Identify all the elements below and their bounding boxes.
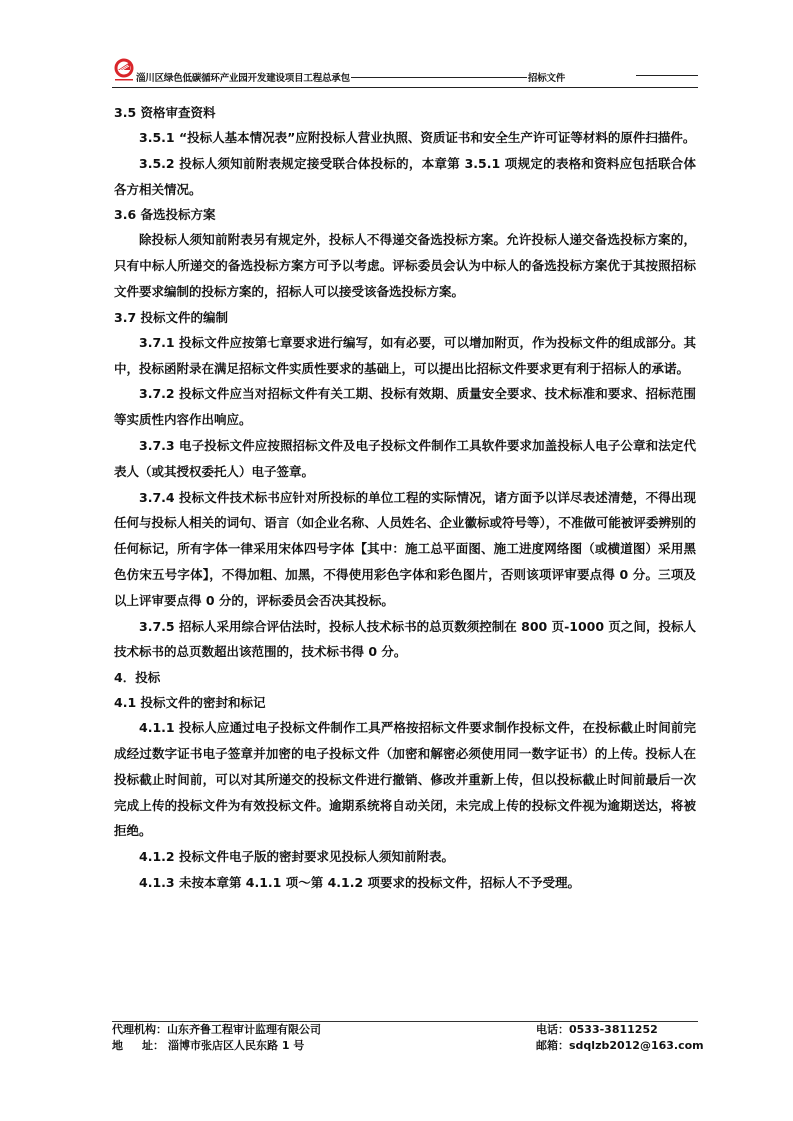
footer-row-agency: 代理机构：山东齐鲁工程审计监理有限公司 电话：0533-3811252 xyxy=(112,1022,698,1038)
address-label-part-2: 址： xyxy=(142,1039,164,1052)
paragraph-3-5-1: 3.5.1 “投标人基本情况表”应附投标人营业执照、资质证书和安全生产许可证等材… xyxy=(114,125,696,151)
section-heading-4: 4．投标 xyxy=(114,665,696,690)
address-value: 淄博市张店区人民东路 1 号 xyxy=(168,1039,304,1052)
address-label-part-1: 地 xyxy=(112,1038,142,1054)
paragraph-3-7-2: 3.7.2 投标文件应当对招标文件有关工期、投标有效期、质量安全要求、技术标准和… xyxy=(114,381,696,433)
paragraph-4-1-1: 4.1.1 投标人应通过电子投标文件制作工具严格按招标文件要求制作投标文件，在投… xyxy=(114,715,696,844)
agency-info: 代理机构：山东齐鲁工程审计监理有限公司 xyxy=(112,1022,321,1038)
section-heading-3-7: 3.7 投标文件的编制 xyxy=(114,305,696,330)
section-heading-3-6: 3.6 备选投标方案 xyxy=(114,202,696,227)
paragraph-4-1-3: 4.1.3 未按本章第 4.1.1 项～第 4.1.2 项要求的投标文件，招标人… xyxy=(114,870,696,896)
agency-value: 山东齐鲁工程审计监理有限公司 xyxy=(167,1023,321,1036)
paragraph-3-7-3: 3.7.3 电子投标文件应按照招标文件及电子投标文件制作工具软件要求加盖投标人电… xyxy=(114,433,696,485)
doc-type: 招标文件 xyxy=(528,73,565,84)
address-info: 地址：淄博市张店区人民东路 1 号 xyxy=(112,1038,304,1054)
footer-row-address: 地址：淄博市张店区人民东路 1 号 邮箱：sdqlzb2012@163.com xyxy=(112,1038,698,1054)
page-header: 淄川区绿色低碳循环产业园开发建设项目工程总承包招标文件 xyxy=(112,58,698,88)
project-name: 淄川区绿色低碳循环产业园开发建设项目工程总承包 xyxy=(136,73,350,84)
paragraph-3-5-2: 3.5.2 投标人须知前附表规定接受联合体投标的，本章第 3.5.1 项规定的表… xyxy=(114,151,696,203)
email-value: sdqlzb2012@163.com xyxy=(569,1039,704,1052)
company-logo-icon xyxy=(112,58,136,84)
header-dashes xyxy=(351,77,527,78)
section-heading-4-1: 4.1 投标文件的密封和标记 xyxy=(114,690,696,715)
paragraph-4-1-2: 4.1.2 投标文件电子版的密封要求见投标人须知前附表。 xyxy=(114,844,696,870)
paragraph-3-7-5: 3.7.5 招标人采用综合评估法时，投标人技术标书的总页数须控制在 800 页-… xyxy=(114,614,696,666)
paragraph-3-6: 除投标人须知前附表另有规定外，投标人不得递交备选投标方案。允许投标人递交备选投标… xyxy=(114,227,696,304)
paragraph-3-7-1: 3.7.1 投标文件应按第七章要求进行编写，如有必要，可以增加附页，作为投标文件… xyxy=(114,330,696,382)
header-right-line xyxy=(636,75,698,76)
address-label: 地址： xyxy=(112,1038,168,1054)
email-info: 邮箱：sdqlzb2012@163.com xyxy=(536,1038,704,1054)
email-label: 邮箱： xyxy=(536,1039,569,1052)
header-rule xyxy=(112,87,698,88)
document-body: 3.5 资格审查资料 3.5.1 “投标人基本情况表”应附投标人营业执照、资质证… xyxy=(114,100,696,896)
phone-info: 电话：0533-3811252 xyxy=(536,1022,658,1038)
phone-value: 0533-3811252 xyxy=(569,1023,658,1036)
section-heading-3-5: 3.5 资格审查资料 xyxy=(114,100,696,125)
page-footer: 代理机构：山东齐鲁工程审计监理有限公司 电话：0533-3811252 地址：淄… xyxy=(112,1021,698,1054)
header-title: 淄川区绿色低碳循环产业园开发建设项目工程总承包招标文件 xyxy=(136,70,565,84)
agency-label: 代理机构： xyxy=(112,1023,167,1036)
paragraph-3-7-4: 3.7.4 投标文件技术标书应针对所投标的单位工程的实际情况，诸方面予以详尽表述… xyxy=(114,485,696,614)
phone-label: 电话： xyxy=(536,1023,569,1036)
